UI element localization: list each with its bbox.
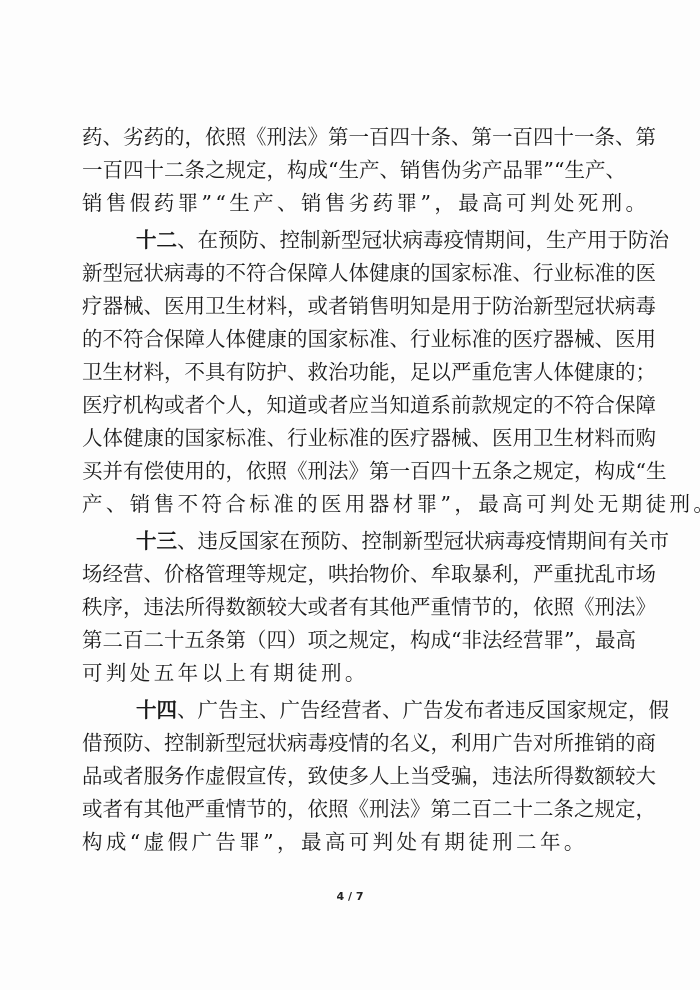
paragraph-item-12: 十二、在预防、控制新型冠状病毒疫情期间，生产用于防治 新型冠状病毒的不符合保障人… bbox=[82, 224, 602, 521]
text-line: 销售假药罪”“生产、销售劣药罪”，最高可判处死刑。 bbox=[82, 187, 602, 220]
item-heading: 十三 bbox=[136, 529, 177, 553]
text-span: 、在预防、控制新型冠状病毒疫情期间，生产用于防治 bbox=[177, 228, 669, 252]
text-line: 一百四十二条之规定，构成“生产、销售伪劣产品罪”“生产、 bbox=[82, 154, 602, 187]
text-line: 疗器械、医用卫生材料，或者销售明知是用于防治新型冠状病毒 bbox=[82, 290, 602, 323]
item-heading: 十四 bbox=[136, 698, 177, 722]
text-line: 或者有其他严重情节的，依照《刑法》第二百二十二条之规定， bbox=[82, 793, 602, 826]
text-line: 十二、在预防、控制新型冠状病毒疫情期间，生产用于防治 bbox=[82, 224, 602, 257]
document-body: 药、劣药的，依照《刑法》第一百四十条、第一百四十一条、第 一百四十二条之规定，构… bbox=[82, 121, 602, 863]
page-number: 4 / 7 bbox=[0, 890, 700, 903]
text-line: 药、劣药的，依照《刑法》第一百四十条、第一百四十一条、第 bbox=[82, 121, 602, 154]
document-page: 药、劣药的，依照《刑法》第一百四十条、第一百四十一条、第 一百四十二条之规定，构… bbox=[0, 0, 700, 990]
text-line: 的不符合保障人体健康的国家标准、行业标准的医疗器械、医用 bbox=[82, 323, 602, 356]
text-line: 借预防、控制新型冠状病毒疫情的名义，利用广告对所推销的商 bbox=[82, 727, 602, 760]
item-heading: 十二 bbox=[136, 228, 177, 252]
paragraph-continuation: 药、劣药的，依照《刑法》第一百四十条、第一百四十一条、第 一百四十二条之规定，构… bbox=[82, 121, 602, 220]
text-line: 第二百二十五条第（四）项之规定，构成“非法经营罪”，最高 bbox=[82, 624, 602, 657]
text-span: 、广告主、广告经营者、广告发布者违反国家规定，假 bbox=[177, 698, 669, 722]
text-line: 医疗机构或者个人，知道或者应当知道系前款规定的不符合保障 bbox=[82, 389, 602, 422]
text-line: 产、销售不符合标准的医用器材罪”，最高可判处无期徒刑。 bbox=[82, 488, 602, 521]
paragraph-item-13: 十三、违反国家在预防、控制新型冠状病毒疫情期间有关市 场经营、价格管理等规定，哄… bbox=[82, 525, 602, 690]
text-line: 十三、违反国家在预防、控制新型冠状病毒疫情期间有关市 bbox=[82, 525, 602, 558]
text-line: 人体健康的国家标准、行业标准的医疗器械、医用卫生材料而购 bbox=[82, 422, 602, 455]
text-span: 、违反国家在预防、控制新型冠状病毒疫情期间有关市 bbox=[177, 529, 669, 553]
text-line: 场经营、价格管理等规定，哄抬物价、牟取暴利，严重扰乱市场 bbox=[82, 558, 602, 591]
text-line: 新型冠状病毒的不符合保障人体健康的国家标准、行业标准的医 bbox=[82, 257, 602, 290]
text-line: 卫生材料，不具有防护、救治功能，足以严重危害人体健康的； bbox=[82, 356, 602, 389]
text-line: 秩序，违法所得数额较大或者有其他严重情节的，依照《刑法》 bbox=[82, 591, 602, 624]
text-line: 十四、广告主、广告经营者、广告发布者违反国家规定，假 bbox=[82, 694, 602, 727]
text-line: 可判处五年以上有期徒刑。 bbox=[82, 657, 602, 690]
paragraph-item-14: 十四、广告主、广告经营者、广告发布者违反国家规定，假 借预防、控制新型冠状病毒疫… bbox=[82, 694, 602, 859]
text-line: 品或者服务作虚假宣传，致使多人上当受骗，违法所得数额较大 bbox=[82, 760, 602, 793]
text-line: 构成“虚假广告罪”，最高可判处有期徒刑二年。 bbox=[82, 826, 602, 859]
text-line: 买并有偿使用的，依照《刑法》第一百四十五条之规定，构成“生 bbox=[82, 455, 602, 488]
